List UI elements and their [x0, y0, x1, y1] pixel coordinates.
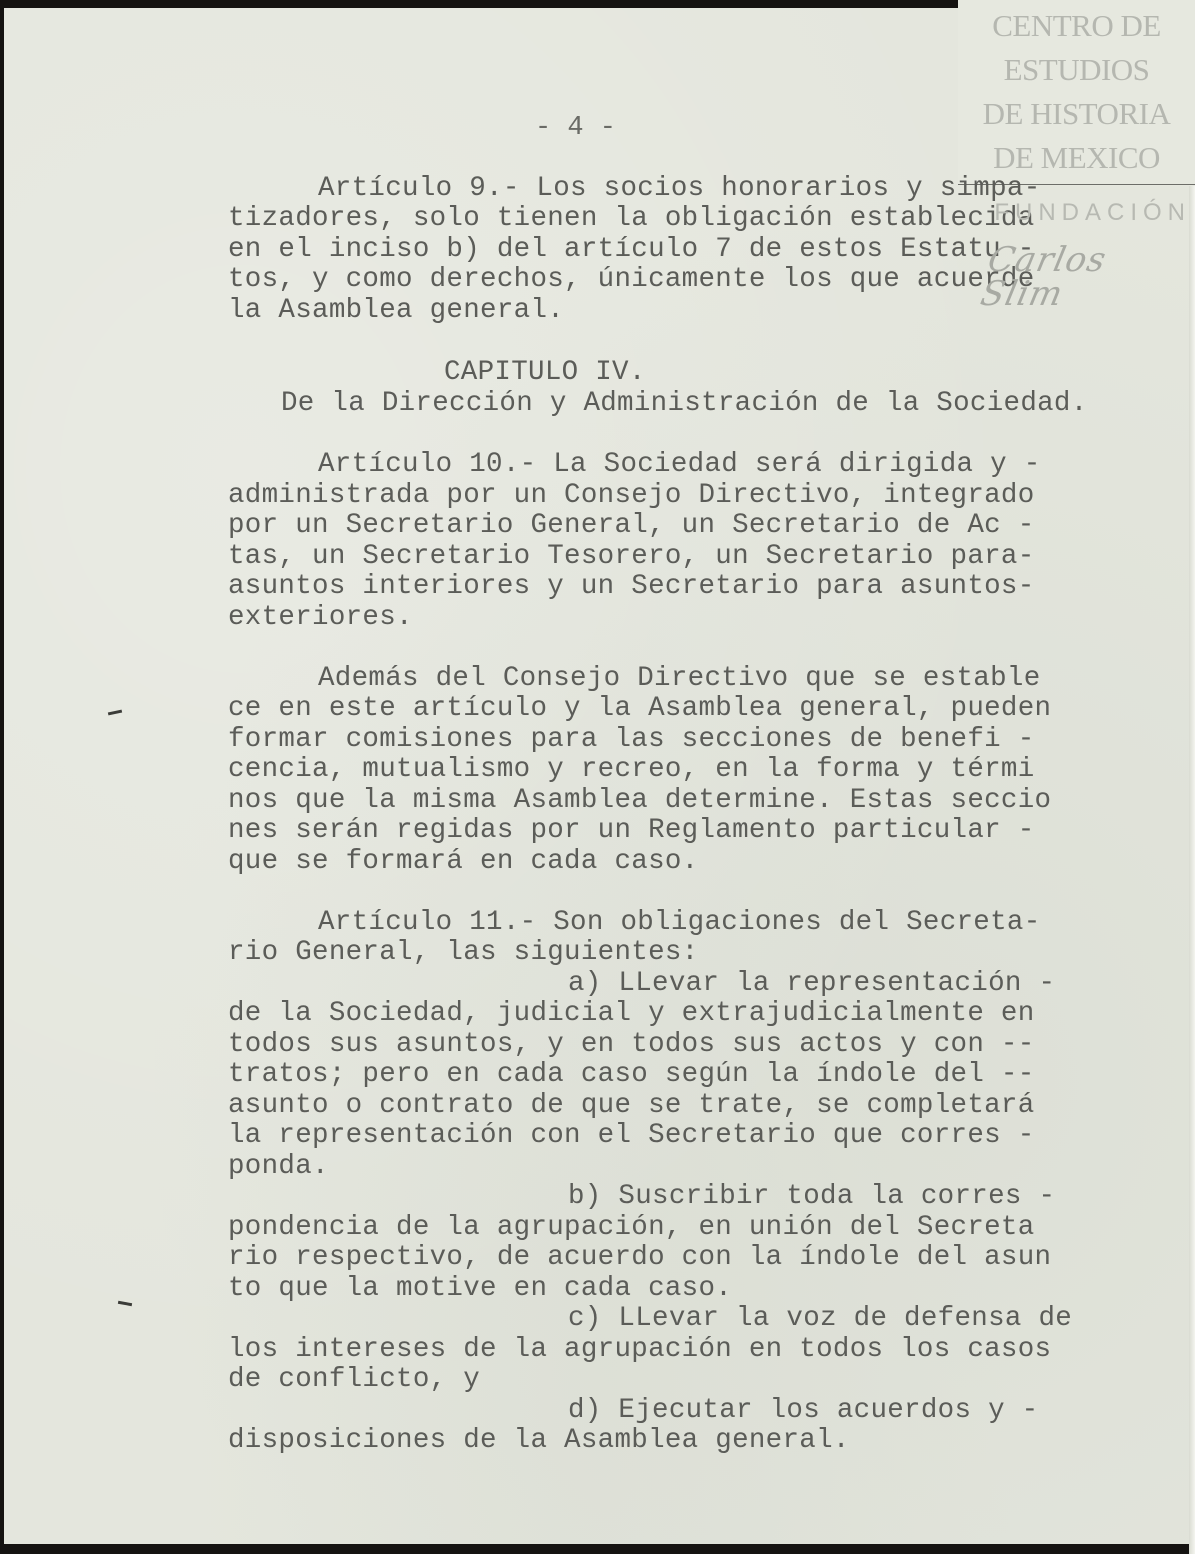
scan-frame-bottom — [0, 1544, 1195, 1554]
articulo-10-line: exteriores. — [228, 603, 413, 633]
chapter-subtitle: De la Dirección y Administración de la S… — [281, 389, 1088, 419]
page-number: - 4 - — [535, 113, 616, 143]
inciso-a-line: todos sus asuntos, y en todos sus actos … — [228, 1030, 1035, 1060]
inciso-b-line: b) Suscribir toda la corres - — [568, 1182, 1055, 1212]
articulo-9-line: tos, y como derechos, únicamente los que… — [228, 265, 1035, 295]
watermark-line: ESTUDIOS — [958, 54, 1195, 85]
inciso-a-line: a) LLevar la representación - — [568, 969, 1055, 999]
articulo-10-line: por un Secretario General, un Secretario… — [228, 511, 1035, 541]
inciso-b-line: pondencia de la agrupación, en unión del… — [228, 1213, 1035, 1243]
scan-frame-left — [0, 0, 4, 1554]
watermark-line: DE MEXICO — [958, 142, 1195, 173]
page-right-edge — [1189, 0, 1195, 1554]
comisiones-line: que se formará en cada caso. — [228, 847, 698, 877]
chapter-title: CAPITULO IV. — [444, 358, 646, 388]
inciso-d-line: disposiciones de la Asamblea general. — [228, 1426, 850, 1456]
inciso-b-line: rio respectivo, de acuerdo con la índole… — [228, 1243, 1051, 1273]
articulo-9-line: en el inciso b) del artículo 7 de estos … — [228, 235, 1035, 265]
comisiones-line: Además del Consejo Directivo que se esta… — [318, 664, 1041, 694]
inciso-a-line: de la Sociedad, judicial y extrajudicial… — [228, 999, 1035, 1029]
articulo-9-line: tizadores, solo tienen la obligación est… — [228, 204, 1035, 234]
inciso-a-line: la representación con el Secretario que … — [228, 1121, 1035, 1151]
inciso-a-line: asunto o contrato de que se trate, se co… — [228, 1091, 1035, 1121]
inciso-c-line: los intereses de la agrupación en todos … — [228, 1335, 1051, 1365]
articulo-9-line: Artículo 9.- Los socios honorarios y sim… — [318, 174, 1041, 204]
inciso-c-line: c) LLevar la voz de defensa de — [568, 1304, 1072, 1334]
articulo-10-line: administrada por un Consejo Directivo, i… — [228, 481, 1035, 511]
articulo-11-line: rio General, las siguientes: — [228, 938, 698, 968]
inciso-a-line: tratos; pero en cada caso según la índol… — [228, 1060, 1035, 1090]
comisiones-line: nos que la misma Asamblea determine. Est… — [228, 786, 1051, 816]
inciso-d-line: d) Ejecutar los acuerdos y - — [568, 1396, 1038, 1426]
articulo-10-line: tas, un Secretario Tesorero, un Secretar… — [228, 542, 1035, 572]
articulo-11-line: Artículo 11.- Son obligaciones del Secre… — [318, 908, 1041, 938]
articulo-10-line: Artículo 10.- La Sociedad será dirigida … — [318, 450, 1041, 480]
inciso-c-line: de conflicto, y — [228, 1365, 480, 1395]
comisiones-line: formar comisiones para las secciones de … — [228, 725, 1035, 755]
comisiones-line: ce en este artículo y la Asamblea genera… — [228, 694, 1051, 724]
watermark-fundacion: FUNDACIÓN — [948, 201, 1195, 225]
watermark-signature: Carlos Slim — [978, 243, 1195, 311]
watermark-line: CENTRO DE — [958, 10, 1195, 41]
inciso-a-line: ponda. — [228, 1152, 329, 1182]
articulo-9-line: la Asamblea general. — [228, 296, 564, 326]
comisiones-line: nes serán regidas por un Reglamento part… — [228, 816, 1035, 846]
inciso-b-line: to que la motive en cada caso. — [228, 1274, 732, 1304]
articulo-10-line: asuntos interiores y un Secretario para … — [228, 572, 1035, 602]
comisiones-line: cencia, mutualismo y recreo, en la forma… — [228, 755, 1035, 785]
watermark-line: DE HISTORIA — [958, 98, 1195, 129]
